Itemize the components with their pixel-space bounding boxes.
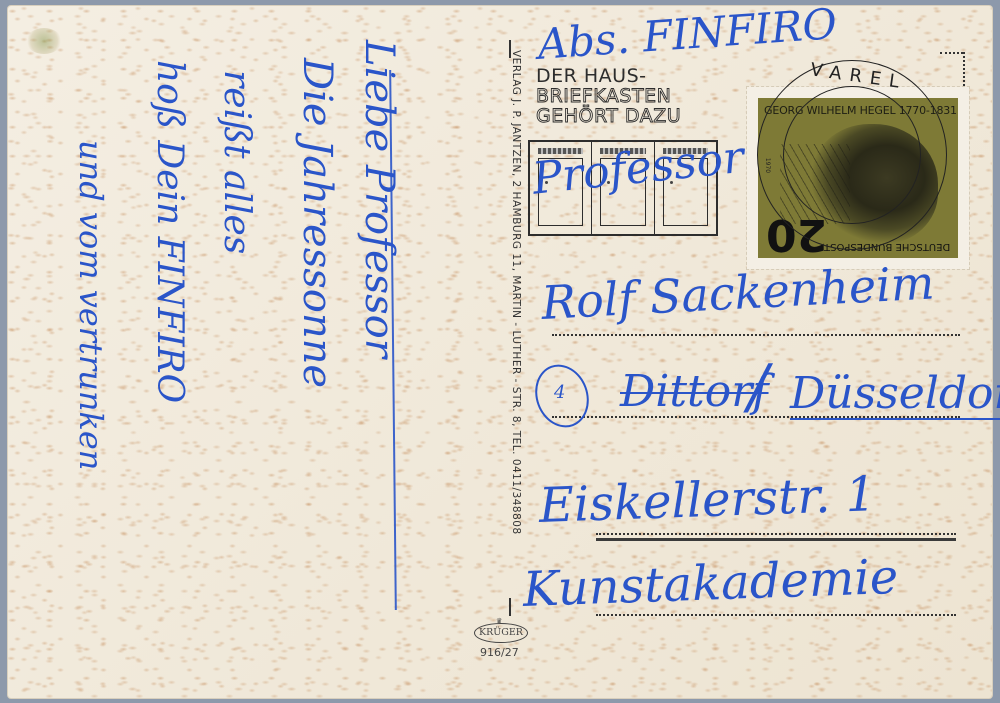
slogan-line: BRIEFKASTEN — [536, 86, 716, 106]
slogan-cancel: DER HAUS- BRIEFKASTEN GEHÖRT DAZU — [536, 66, 716, 126]
divider — [509, 598, 511, 616]
publisher-logo: KRÜGER — [474, 623, 528, 643]
address-line — [552, 334, 960, 336]
crossed-out-city: Dittorf — [620, 366, 769, 417]
card-number: 916/27 — [480, 646, 519, 659]
message-line-5: und vom vertrunken — [72, 140, 110, 470]
recipient-city: Düsseldorf — [790, 368, 1000, 419]
message-line-4: hoß Dein FINFIRO — [149, 60, 190, 403]
address-line — [596, 533, 956, 535]
stain — [26, 28, 62, 54]
address-line — [596, 614, 956, 616]
address-rule — [596, 538, 956, 541]
recipient-street: Eiskellerstr. 1 — [538, 466, 877, 534]
message-line-2: Die Jahressonne — [294, 58, 340, 388]
stamp-box-outline — [940, 52, 963, 54]
message-line-1: Liebe Professor — [356, 40, 402, 358]
postmark — [757, 60, 947, 250]
postcode: 4 — [554, 382, 565, 403]
slogan-line: GEHÖRT DAZU — [536, 106, 716, 126]
slogan-line: DER HAUS- — [536, 66, 716, 86]
publisher-imprint: VERLAG J. P. JANTZEN, 2 HAMBURG 11, MART… — [510, 50, 522, 535]
slash-stroke: / — [748, 352, 768, 422]
message-line-3: reißt alles — [216, 70, 257, 254]
